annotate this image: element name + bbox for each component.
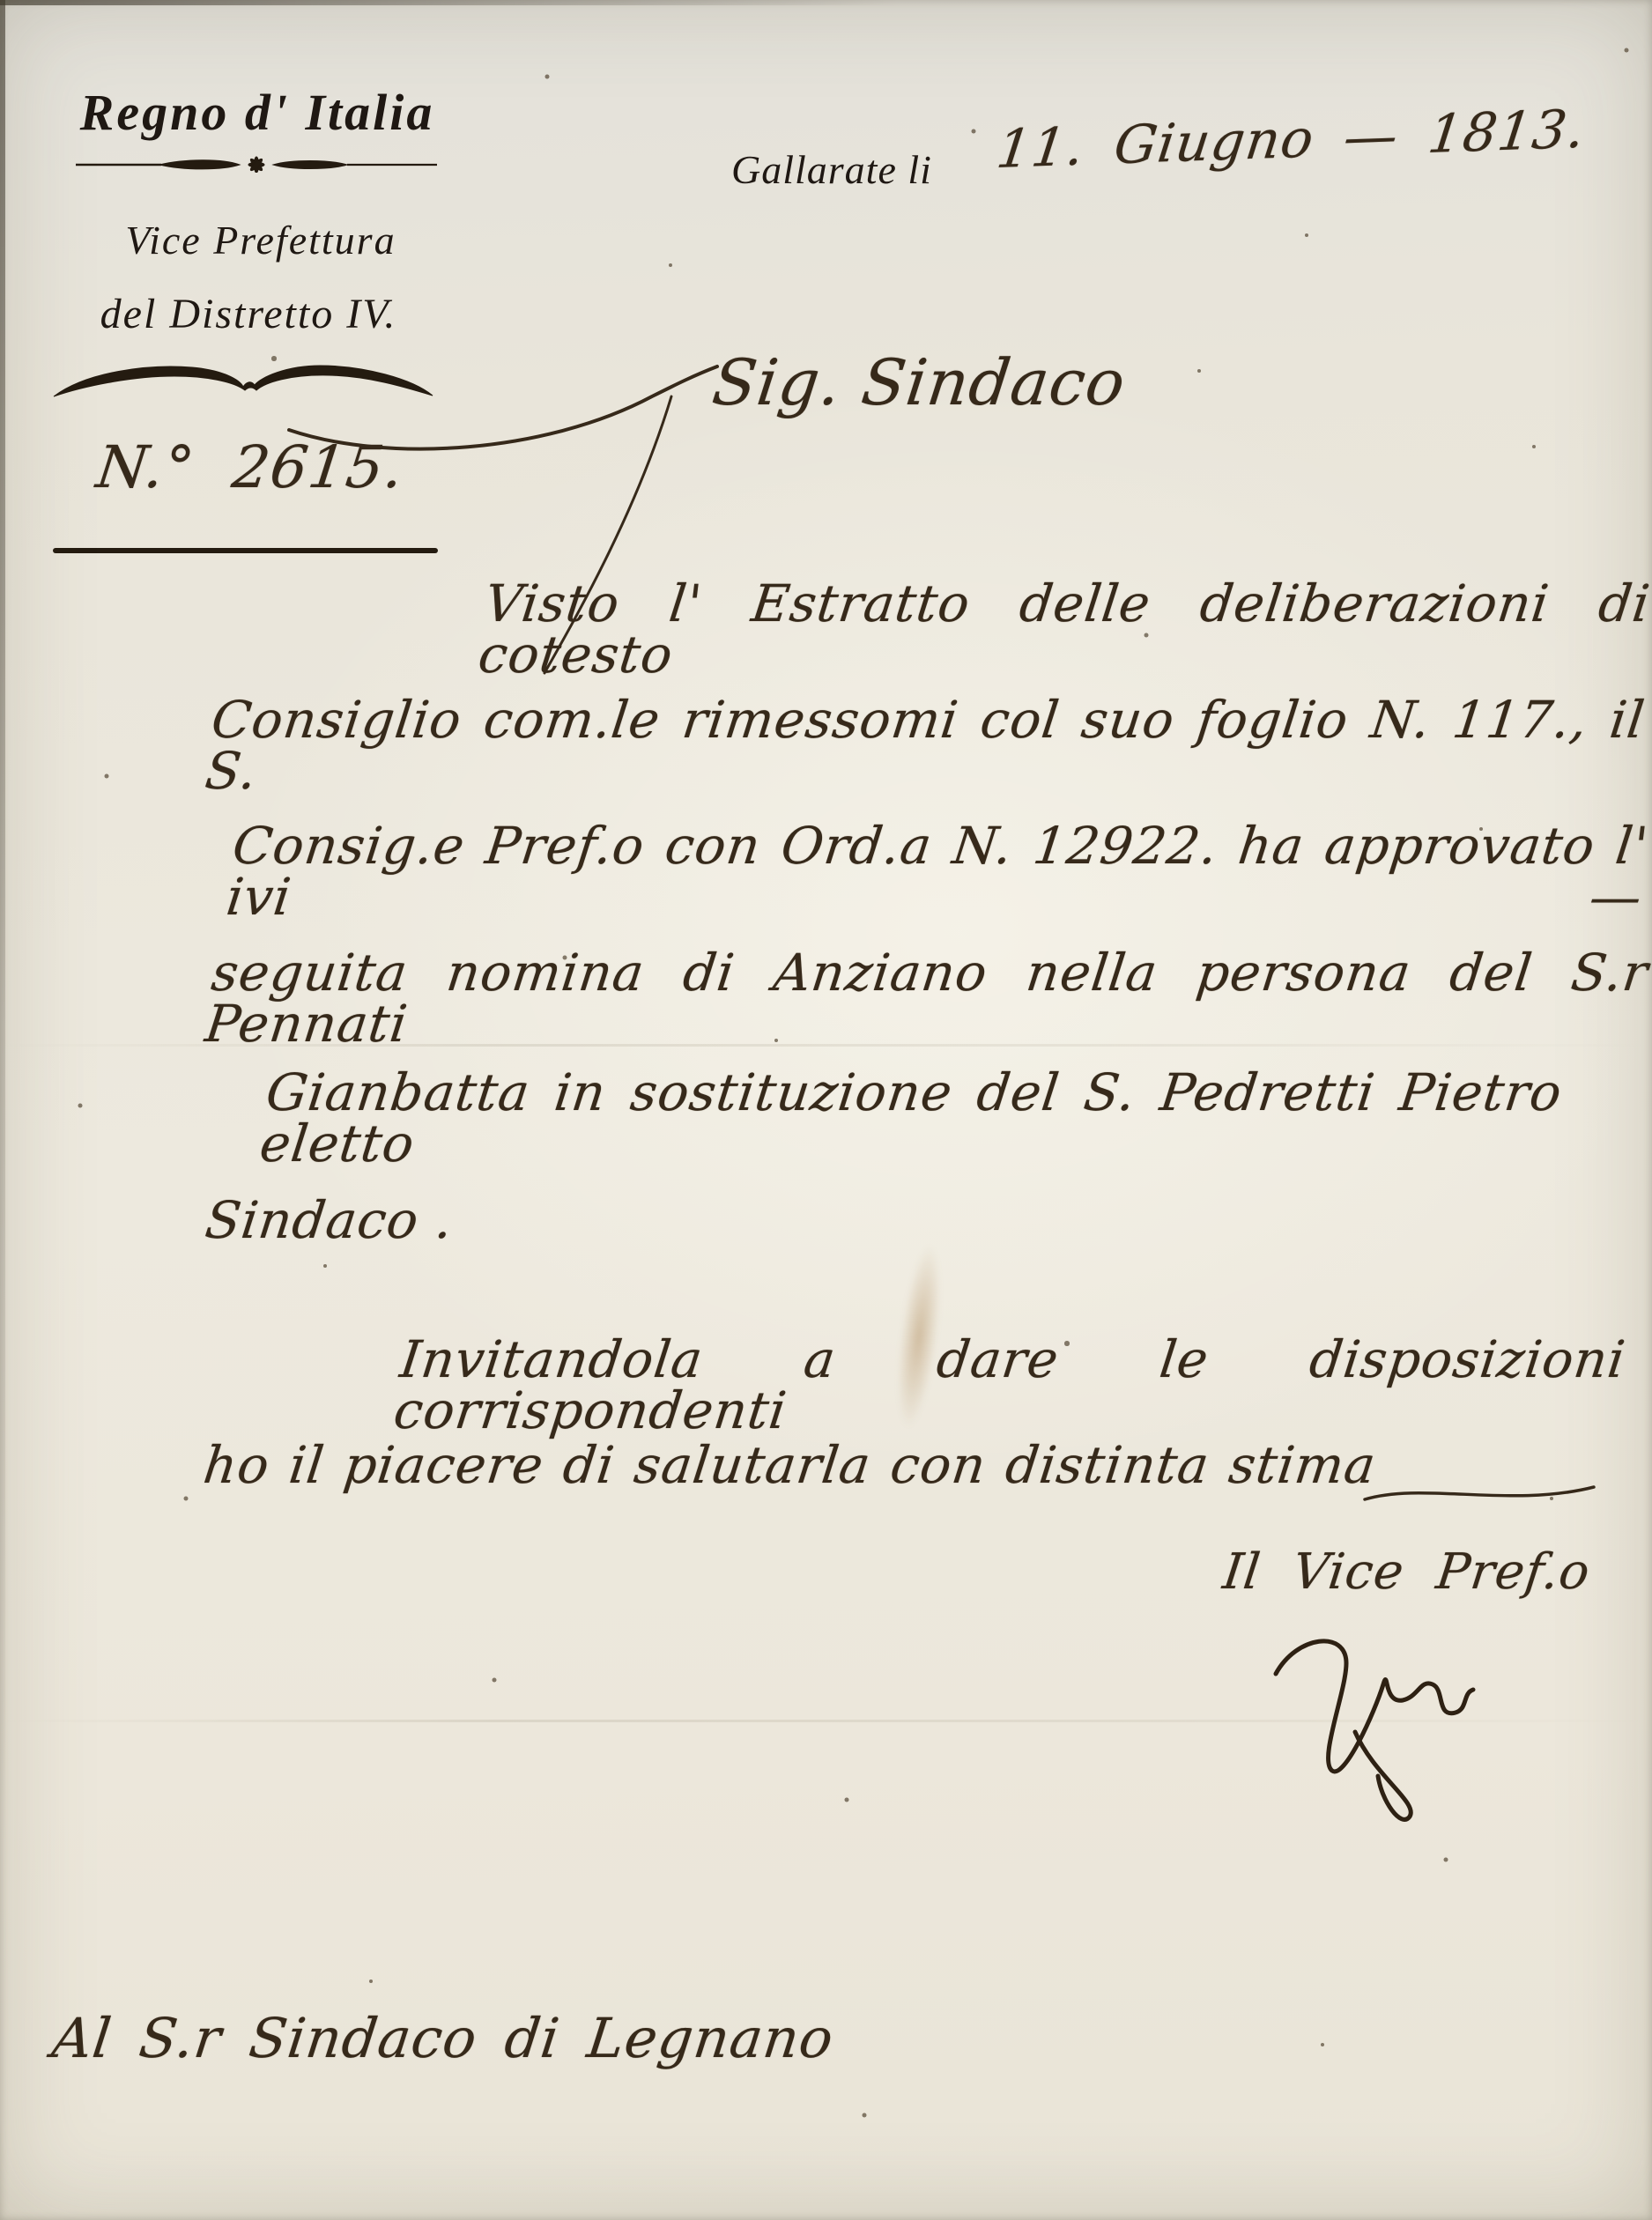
- signature-flourish: [1251, 1628, 1515, 1831]
- letterhead-office-line2: del Distretto IV.: [55, 290, 442, 338]
- letter-scan: Regno d' Italia Vice Prefettura del Dist…: [0, 0, 1652, 2220]
- body-line-4: seguita nomina di Anziano nella persona …: [203, 947, 1651, 1049]
- scan-edge-top: [0, 0, 899, 5]
- scan-edge-left: [0, 0, 5, 1850]
- body-line-5: Gianbatta in sostituzione del S. Pedrett…: [257, 1067, 1565, 1169]
- body-line-3: Consig.e Pref.o con Ord.a N. 12922. ha a…: [224, 820, 1651, 922]
- body-line-2: Consiglio com.le rimessomi col suo fogli…: [203, 694, 1648, 796]
- dateline-date: 11. Giugno — 1813.: [994, 103, 1589, 176]
- body-line-1: Visto l' Estratto delle deliberazioni di…: [476, 578, 1652, 680]
- dateline-place: Gallarate li: [731, 146, 932, 193]
- salutation-text: Sig. Sindaco: [709, 351, 1129, 414]
- body-line-8: ho il piacere di salutarla con distinta …: [201, 1439, 1379, 1491]
- body-line-7: Invitandola a dare le disposizioni corri…: [391, 1334, 1628, 1436]
- signature-title: Il Vice Pref.o: [1220, 1548, 1593, 1597]
- footer-address: Al S.r Sindaco di Legnano: [49, 2011, 837, 2066]
- letterhead-office-line1: Vice Prefettura: [76, 217, 446, 263]
- letterhead-divider-ornament: [76, 155, 437, 173]
- paper-texture: [0, 0, 2, 2]
- body-line-6: Sindaco .: [203, 1195, 456, 1246]
- letterhead-kingdom: Regno d' Italia: [63, 83, 451, 142]
- stima-flourish: [1361, 1476, 1599, 1512]
